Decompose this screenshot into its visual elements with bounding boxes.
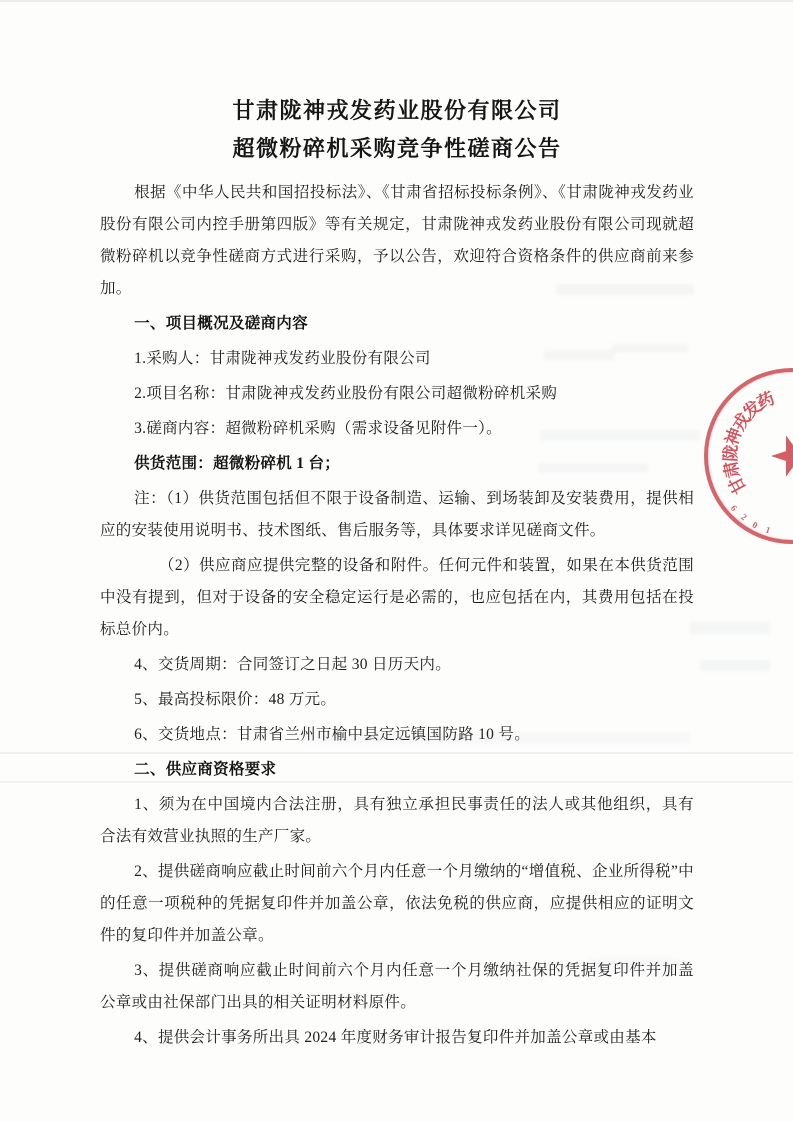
document-content: 甘肃陇神戎发药业股份有限公司 超微粉碎机采购竞争性磋商公告 根据《中华人民共和国… (100, 92, 694, 1054)
scan-artifact (0, 781, 793, 783)
seal-ring (704, 368, 793, 544)
section1-item-project-name: 2.项目名称：甘肃陇神戎发药业股份有限公司超微粉碎机采购 (100, 378, 694, 410)
seal-digit: 1 (764, 525, 771, 536)
scan-artifact (590, 958, 680, 968)
supply-note-2: （2）供应商应提供完整的设备和附件。任何元件和装置，如果在本供货范围中没有提到，… (100, 550, 694, 646)
seal-arc-char: 戎 (725, 407, 755, 435)
section1-item-price-limit: 5、最高投标限价：48 万元。 (100, 684, 694, 716)
doc-title-line1: 甘肃陇神戎发药业股份有限公司 (100, 92, 694, 130)
seal-arc-char: 药 (752, 384, 778, 414)
scan-artifact (700, 660, 770, 671)
scan-artifact (538, 463, 648, 473)
seal-digit: 2 (739, 512, 749, 523)
section1-heading: 一、项目概况及磋商内容 (100, 308, 694, 340)
seal-arc-char: 甘 (721, 472, 751, 499)
section2-paragraph-2: 2、提供磋商响应截止时间前六个月内任意一个月缴纳的“增值税、企业所得税”中的任意… (100, 856, 694, 952)
scan-artifact (540, 430, 700, 441)
company-seal: ★ 甘肃陇神戎发药6201 (704, 368, 793, 544)
seal-arc-char: 陇 (716, 444, 742, 462)
seal-digit: 6 (729, 503, 739, 513)
seal-arc-char: 肃 (716, 459, 744, 481)
scan-artifact (556, 284, 694, 295)
section1-item-delivery-period: 4、交货周期：合同签订之日起 30 日历天内。 (100, 649, 694, 681)
scan-artifact (0, 752, 793, 754)
scan-edge (0, 0, 793, 2)
scan-artifact (690, 622, 770, 634)
seal-star-icon: ★ (765, 432, 793, 480)
supply-note-1: 注：（1）供货范围包括但不限于设备制造、运输、到场装卸及安装费用，提供相应的安装… (100, 483, 694, 547)
scan-artifact (300, 733, 690, 743)
seal-arc-char: 发 (736, 393, 765, 423)
seal-digit: 0 (751, 519, 760, 530)
scan-artifact (612, 344, 688, 353)
scan-artifact (544, 350, 614, 360)
section2-paragraph-4: 4、提供会计事务所出具 2024 年度财务审计报告复印件并加盖公章或由基本 (100, 1022, 694, 1054)
seal-arc-char: 神 (718, 424, 747, 448)
doc-title-line2: 超微粉碎机采购竞争性磋商公告 (100, 130, 694, 168)
document-page: 甘肃陇神戎发药业股份有限公司 超微粉碎机采购竞争性磋商公告 根据《中华人民共和国… (0, 0, 793, 1122)
section2-paragraph-1: 1、须为在中国境内合法注册，具有独立承担民事责任的法人或其他组织，具有合法有效营… (100, 789, 694, 853)
